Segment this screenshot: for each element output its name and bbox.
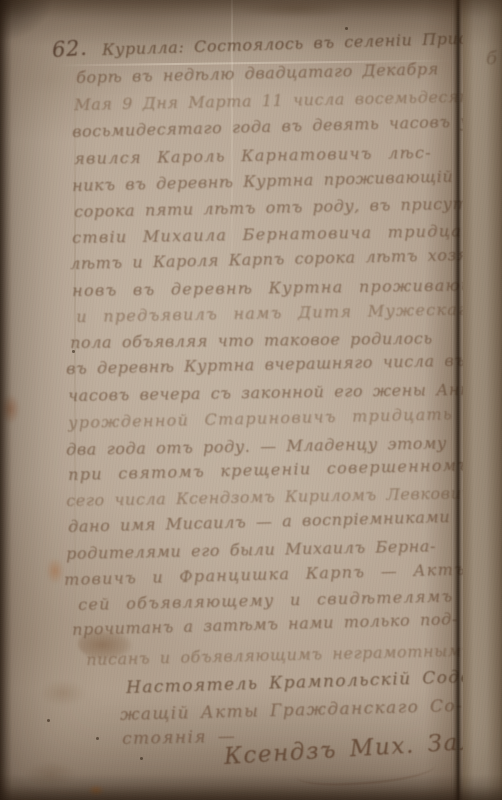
handwriting-line: сорока пяти лѣтъ отъ роду, въ присут- — [74, 194, 475, 221]
stain — [472, 460, 485, 476]
closing-line: Настоятель Крампольскій Содер- — [126, 667, 492, 698]
top-left-corner-shadow — [0, 0, 90, 70]
handwriting-line: дано имя Мисаилъ — а воспріемниками — [68, 507, 451, 536]
handwriting-line: въ деревнѣ Куртна вчерашняго числа въ се… — [66, 350, 502, 378]
signature-flourish — [296, 761, 437, 789]
handwriting-line: урожденной Стариновичъ тридцать — [68, 404, 453, 432]
entry-number: 62. — [51, 36, 88, 62]
paper-crease-horizontal — [55, 60, 457, 67]
margin-crease — [74, 40, 76, 640]
paper-crease-vertical — [231, 0, 233, 330]
closing-line: стоянія — — [122, 727, 236, 749]
ink-speck — [47, 719, 50, 722]
handwriting-line: лѣтъ и Кароля Карпъ сорока лѣтъ хозяи- — [70, 245, 485, 273]
page-curl-shadow — [424, 0, 452, 800]
handwriting-line: два года отъ роду. — Младенцу этому — [66, 433, 447, 459]
handwriting-line: новъ въ деревнѣ Куртна проживающихъ — [72, 275, 502, 300]
closing-line: жащій Акты Гражданскаго Со- — [120, 696, 464, 725]
handwriting-line: борѣ въ недѣлю двадцатаго Декабря — [76, 59, 439, 87]
top-shadow — [0, 0, 502, 46]
paper-mottling — [0, 0, 502, 800]
handwriting-line: явился Кароль Карнатовичъ лѣс- — [74, 143, 432, 168]
handwriting-line: никъ въ деревнѣ Куртна проживающій — [72, 167, 454, 195]
handwriting-line: восьмидесятаго года въ девять часовъ утр… — [72, 111, 502, 141]
handwriting-line: родителями его были Михаилъ Берна- — [66, 536, 436, 563]
adjacent-page-writing: б — [486, 48, 497, 69]
handwriting-line: прочитанъ а затѣмъ нами только под- — [72, 609, 458, 639]
ink-speck — [464, 446, 467, 449]
handwriting-line: сей объявляющему и свидѣтелямъ — [78, 586, 454, 614]
handwriting-line: товичъ и Францишка Карпъ — Актъ — [64, 559, 466, 589]
adjacent-page-edge — [463, 0, 502, 800]
ink-speck — [345, 27, 348, 30]
handwriting-line: при святомъ крещеніи совершенномъ — [68, 455, 470, 484]
handwriting-line: писанъ и объявляющимъ неграмотнымъ — [86, 641, 473, 669]
gutter-shadow — [451, 0, 464, 800]
handwriting-line: пола объявляя что таковое родилось — [70, 329, 433, 352]
handwriting-line: часовъ вечера съ законной его жены Анны — [68, 379, 485, 405]
handwriting-line: ствіи Михаила Бернатовича тридцати — [72, 221, 490, 247]
handwriting-line: Мая 9 Дня Марта 11 числа восемьдесятъ — [74, 86, 486, 114]
handwriting-line: сего числа Ксендзомъ Кириломъ Левковичем… — [66, 483, 502, 510]
photo-vignette — [0, 0, 502, 800]
ink-speck — [140, 757, 143, 760]
stain — [0, 394, 20, 424]
ink-speck — [482, 366, 485, 369]
left-edge-shadow — [0, 0, 12, 800]
stain — [240, 0, 350, 18]
handwriting-line: и предъявилъ намъ Дитя Мужескаго — [76, 299, 479, 326]
ink-speck — [96, 737, 99, 740]
stain — [88, 785, 104, 796]
priest-signature: Ксендзъ Мих. Залескій — [223, 724, 502, 770]
paper-lighting — [0, 0, 502, 800]
photo-of-register-page: 62. Курилла: Состоялось въ селеніи Присл… — [0, 0, 502, 800]
ink-speck — [72, 350, 75, 353]
stain — [46, 558, 64, 584]
bottom-shadow — [0, 774, 502, 800]
handwriting-line: Курилла: Состоялось въ селеніи Присло- — [102, 28, 496, 59]
stain — [40, 680, 86, 706]
photo-grain — [0, 0, 502, 800]
stain — [78, 630, 132, 660]
stain — [26, 762, 76, 786]
